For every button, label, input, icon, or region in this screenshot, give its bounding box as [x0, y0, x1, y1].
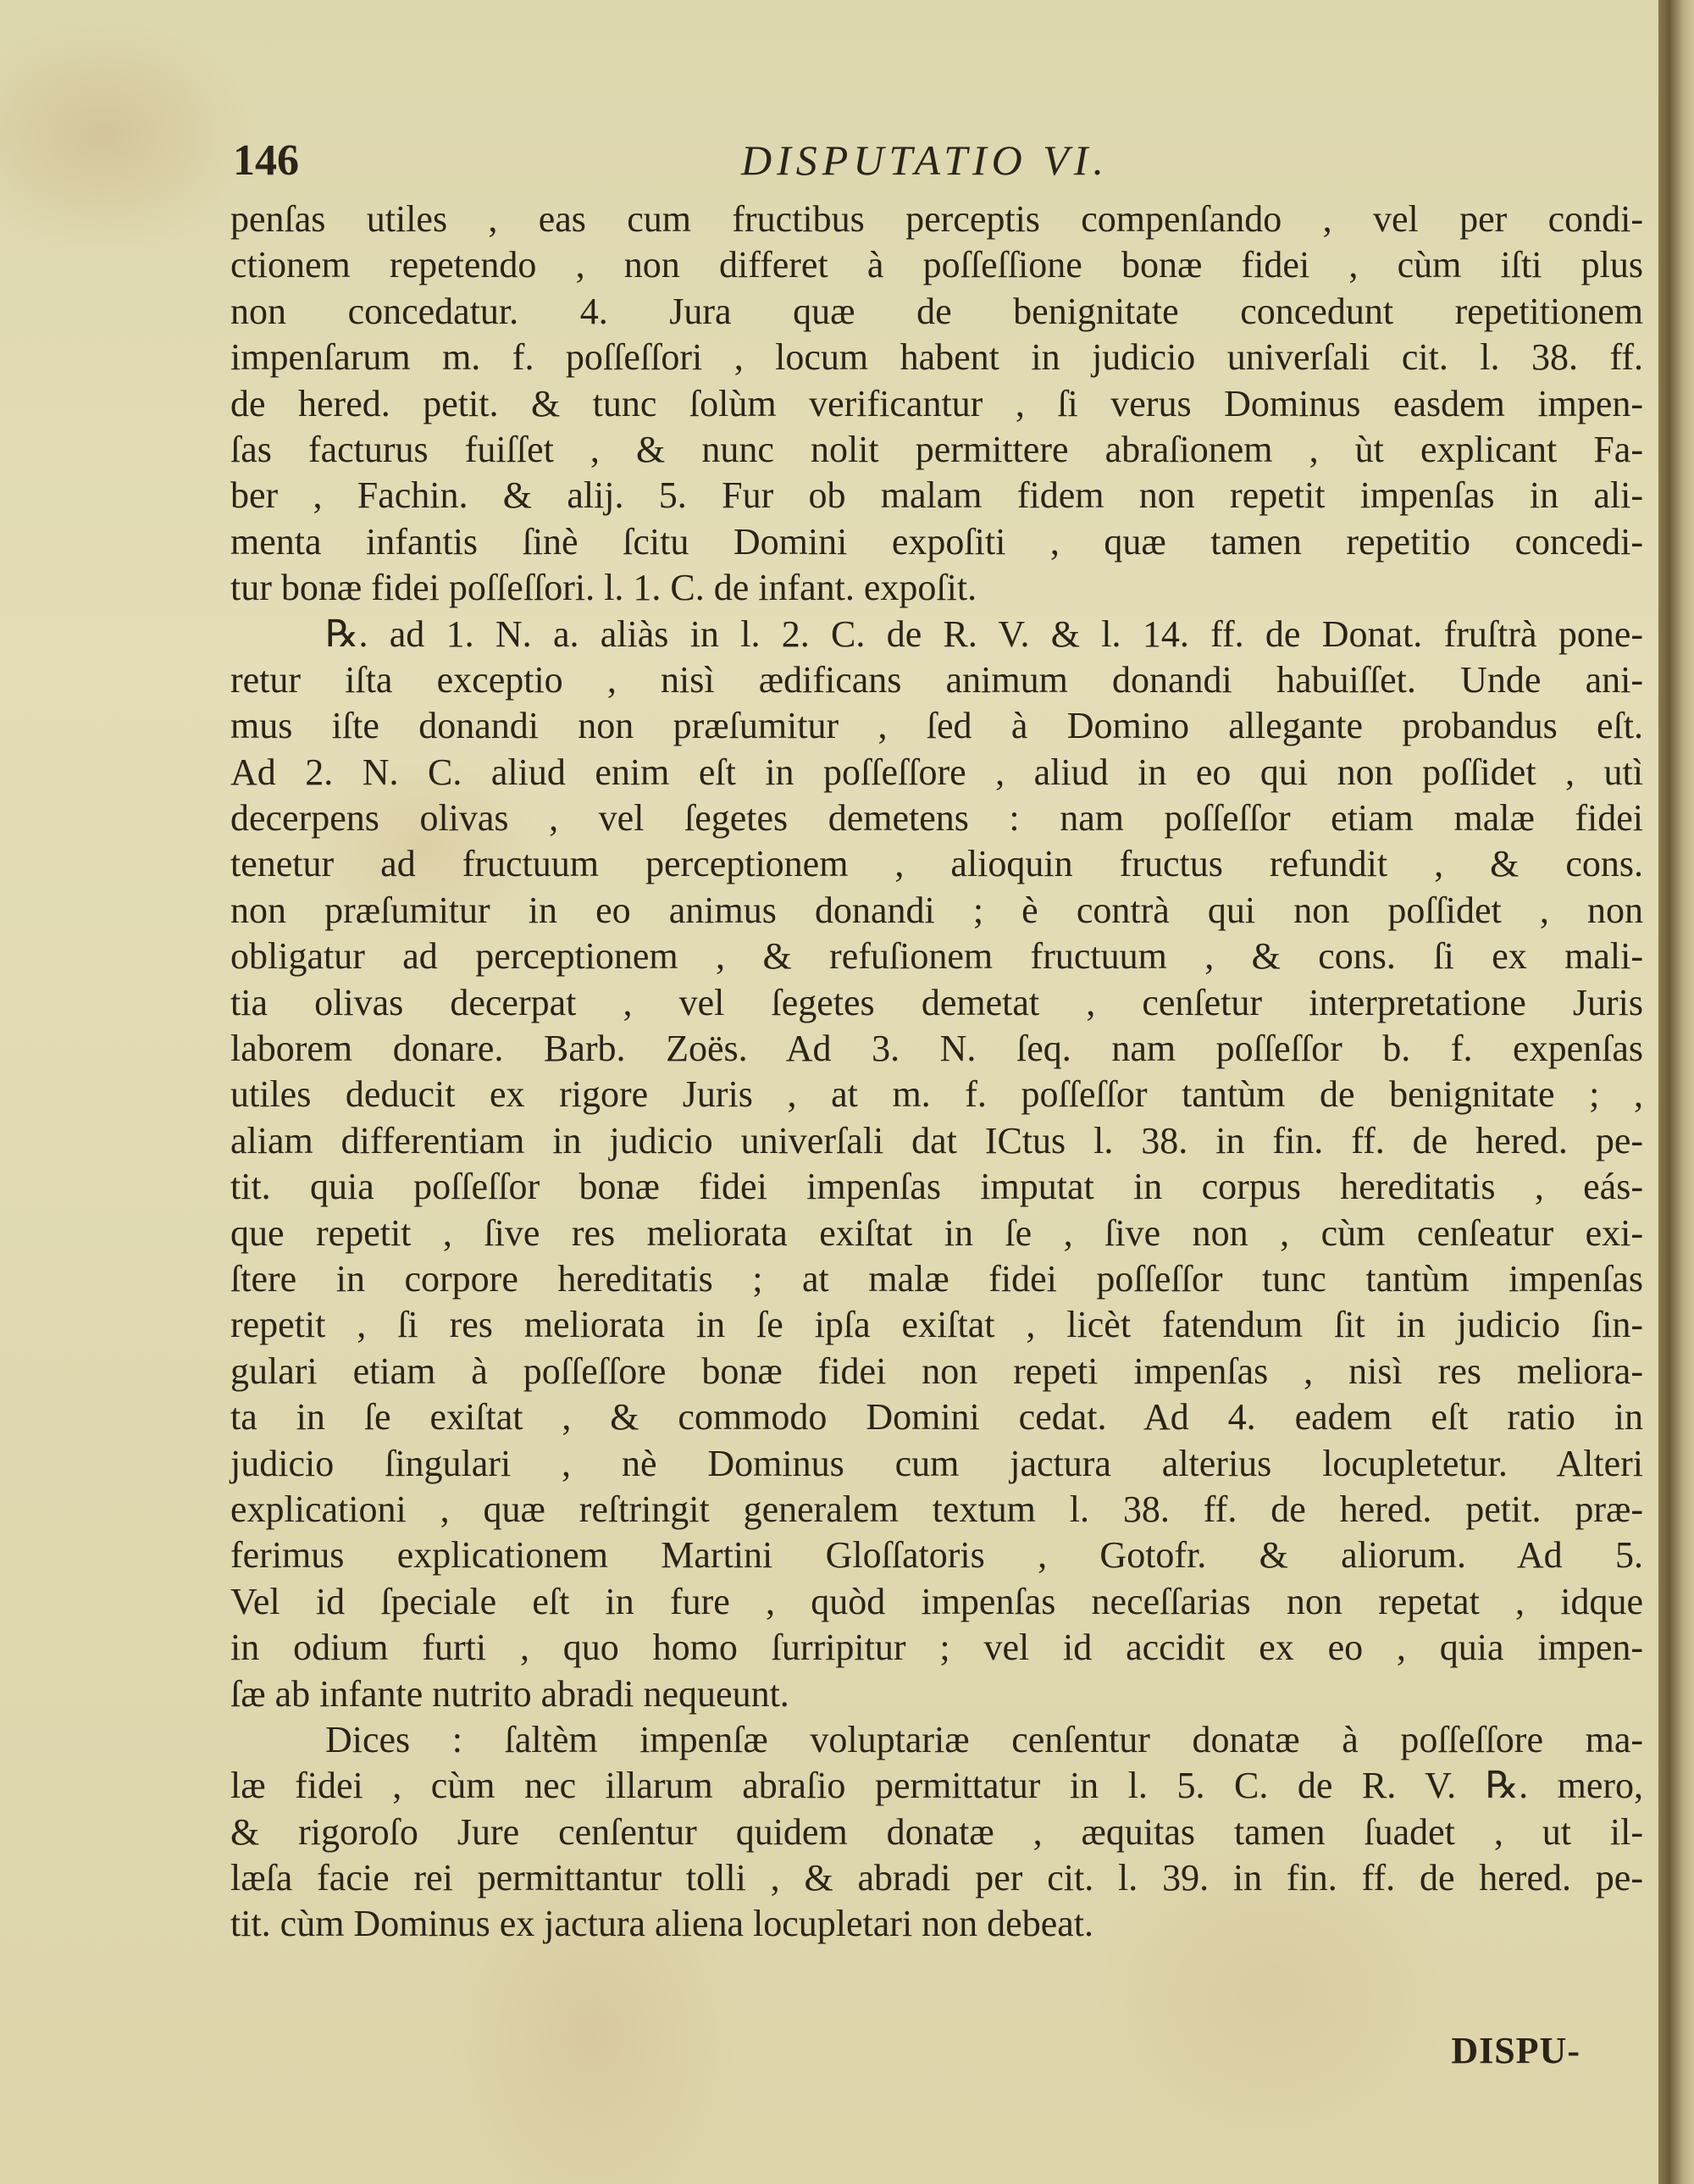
text-line: ctionem repetendo , non differet à poſſe… [230, 242, 1643, 288]
text-line: mus iſte donandi non præſumitur , ſed à … [230, 703, 1643, 749]
text-line: tur bonæ fidei poſſeſſori. l. 1. C. de i… [230, 565, 1643, 611]
text-line: utiles deducit ex rigore Juris , at m. f… [230, 1072, 1643, 1117]
text-line: tit. quia poſſeſſor bonæ fidei impenſas … [230, 1164, 1643, 1210]
text-line: non concedatur. 4. Jura quæ de benignita… [230, 289, 1643, 335]
book-page: 146 DISPUTATIO VI. penſas utiles , eas c… [0, 0, 1658, 2184]
text-line: Ad 2. N. C. aliud enim eſt in poſſeſſore… [230, 750, 1643, 795]
catchword: DISPU- [1451, 2029, 1581, 2072]
text-line: menta infantis ſinè ſcitu Domini expoſit… [230, 519, 1643, 565]
text-line: impenſarum m. f. poſſeſſori , locum habe… [230, 335, 1643, 380]
text-line: tia olivas decerpat , vel ſegetes demeta… [230, 980, 1643, 1026]
text-line: tenetur ad fructuum perceptionem , alioq… [230, 841, 1643, 887]
text-line: retur iſta exceptio , nisì ædificans ani… [230, 657, 1643, 703]
text-line: penſas utiles , eas cum fructibus percep… [230, 197, 1643, 242]
text-line: & rigoroſo Jure cenſentur quidem donatæ … [230, 1810, 1643, 1855]
running-title: DISPUTATIO VI. [741, 136, 1109, 185]
running-head: 146 DISPUTATIO VI. [233, 127, 1639, 195]
text-line: in odium furti , quo homo ſurripitur ; v… [230, 1625, 1643, 1671]
text-line: obligatur ad perceptionem , & refuſionem… [230, 934, 1643, 979]
text-line: que repetit , ſive res meliorata exiſtat… [230, 1211, 1643, 1256]
text-line: explicationi , quæ reſtringit generalem … [230, 1487, 1643, 1533]
binding-edge [1658, 0, 1694, 2184]
text-line: laborem donare. Barb. Zoës. Ad 3. N. ſeq… [230, 1026, 1643, 1072]
text-line: non præſumitur in eo animus donandi ; è … [230, 888, 1643, 934]
text-line: judicio ſingulari , nè Dominus cum jactu… [230, 1441, 1643, 1487]
text-line: gulari etiam à poſſeſſore bonæ fidei non… [230, 1349, 1643, 1394]
text-line: læſa facie rei permittantur tolli , & ab… [230, 1855, 1643, 1901]
text-line: ſtere in corpore hereditatis ; at malæ f… [230, 1256, 1643, 1302]
paragraph-start-line: Dices : ſaltèm impenſæ voluptariæ cenſen… [230, 1717, 1643, 1763]
body-text: penſas utiles , eas cum fructibus percep… [230, 197, 1643, 1948]
text-line: ta in ſe exiſtat , & commodo Domini ceda… [230, 1394, 1643, 1440]
text-line: Vel id ſpeciale eſt in fure , quòd impen… [230, 1579, 1643, 1625]
text-line: repetit , ſi res meliorata in ſe ipſa ex… [230, 1302, 1643, 1348]
text-line: aliam differentiam in judicio univerſali… [230, 1118, 1643, 1164]
text-line: ber , Fachin. & alij. 5. Fur ob malam fi… [230, 473, 1643, 518]
text-line: ſas facturus fuiſſet , & nunc nolit perm… [230, 427, 1643, 473]
page-number: 146 [233, 136, 299, 186]
text-line: ſæ ab infante nutrito abradi nequeunt. [230, 1671, 1643, 1717]
text-line: ferimus explicationem Martini Gloſſatori… [230, 1533, 1643, 1578]
paragraph-start-line: ℞. ad 1. N. a. aliàs in l. 2. C. de R. V… [230, 612, 1643, 657]
text-line: tit. cùm Dominus ex jactura aliena locup… [230, 1901, 1643, 1947]
text-line: de hered. petit. & tunc ſolùm verificant… [230, 381, 1643, 427]
text-line: decerpens olivas , vel ſegetes demetens … [230, 795, 1643, 841]
text-line: læ fidei , cùm nec illarum abraſio permi… [230, 1763, 1643, 1809]
